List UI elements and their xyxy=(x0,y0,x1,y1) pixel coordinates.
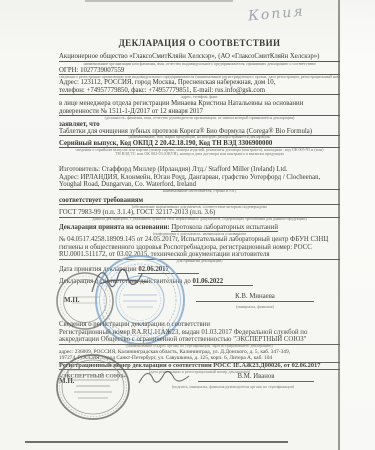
expert-union-stamp-text: «ЭКСПЕРТНЫЙ СОЮЗ» xyxy=(60,372,126,380)
manufacturer-line-2: Адрес: ИРЛАНДИЯ, Клонмейн, Юган Роуд, Да… xyxy=(59,174,340,182)
basis-line-1: № 04.0517.4258.18909.145 от 24.05.2017г,… xyxy=(59,236,340,244)
declarant-address-1: Адрес: 123112, РОССИЯ, город Москва, Пре… xyxy=(59,79,340,87)
handwritten-note: Копия xyxy=(247,4,305,25)
valid-until-value: 01.06.2022 xyxy=(193,278,254,286)
expert-union-stamp: «ЭКСПЕРТНЫЙ СОЮЗ» xyxy=(54,352,132,422)
signature-1 xyxy=(88,264,152,298)
page-margin-right xyxy=(341,0,375,450)
representative-line-1: в лице менеджера отдела регистрации Мина… xyxy=(59,100,340,108)
signatory-caption-1: (инициалы, фамилия) xyxy=(196,304,314,309)
signatory-name-2: В.М. Иванов xyxy=(198,373,314,382)
address-caption: адрес, телефон, факс xyxy=(59,95,340,99)
compliance-caption-2: данной декларацией, с указанием пунктов … xyxy=(59,217,340,221)
signatory-caption-2: (подпись, инициалы, фамилия руководителя… xyxy=(148,384,318,389)
registration-heading: Сведения о регистрации декларации о соот… xyxy=(59,321,340,329)
declarant-name-caption: наименование организации или фамилия, им… xyxy=(59,62,340,66)
basis-value: Протокола лабораторных испытаний xyxy=(171,224,278,232)
manufacturer-caption: наименование изготовителя, страна и т.п.… xyxy=(59,189,340,193)
basis-line-2: гигиены и общественного здоровья Роспотр… xyxy=(59,244,340,252)
representative-caption: (должность, фамилия, имя, отчество руков… xyxy=(59,116,340,120)
scan-edge-top xyxy=(85,0,233,2)
signatory-name-1: К.В. Минаева xyxy=(196,293,314,302)
scan-edge-bottom xyxy=(25,441,288,443)
declarant-name: Акционерное общество «ГлаксоСмитКляйн Хе… xyxy=(59,53,340,62)
basis-label: Декларация принята на основании: xyxy=(59,224,170,231)
basis-label-line: Декларация принята на основании: Протоко… xyxy=(59,224,340,232)
serial-caption-2: ТН ВЭД ТС или ОК 002-93 (ОКУН), номер и … xyxy=(59,152,340,156)
registration-line-1: Регистрационный номер RA.RU.11АЖ23, выда… xyxy=(59,329,340,337)
manufacturer-line-1: Изготовитель: Стаффорд Миллер (Ирландия)… xyxy=(59,166,340,174)
scanned-declaration-document: Копия ДЕКЛАРАЦИЯ О СООТВЕТСТВИИ Акционер… xyxy=(0,0,375,450)
document-title: ДЕКЛАРАЦИЯ О СООТВЕТСТВИИ xyxy=(59,38,340,48)
